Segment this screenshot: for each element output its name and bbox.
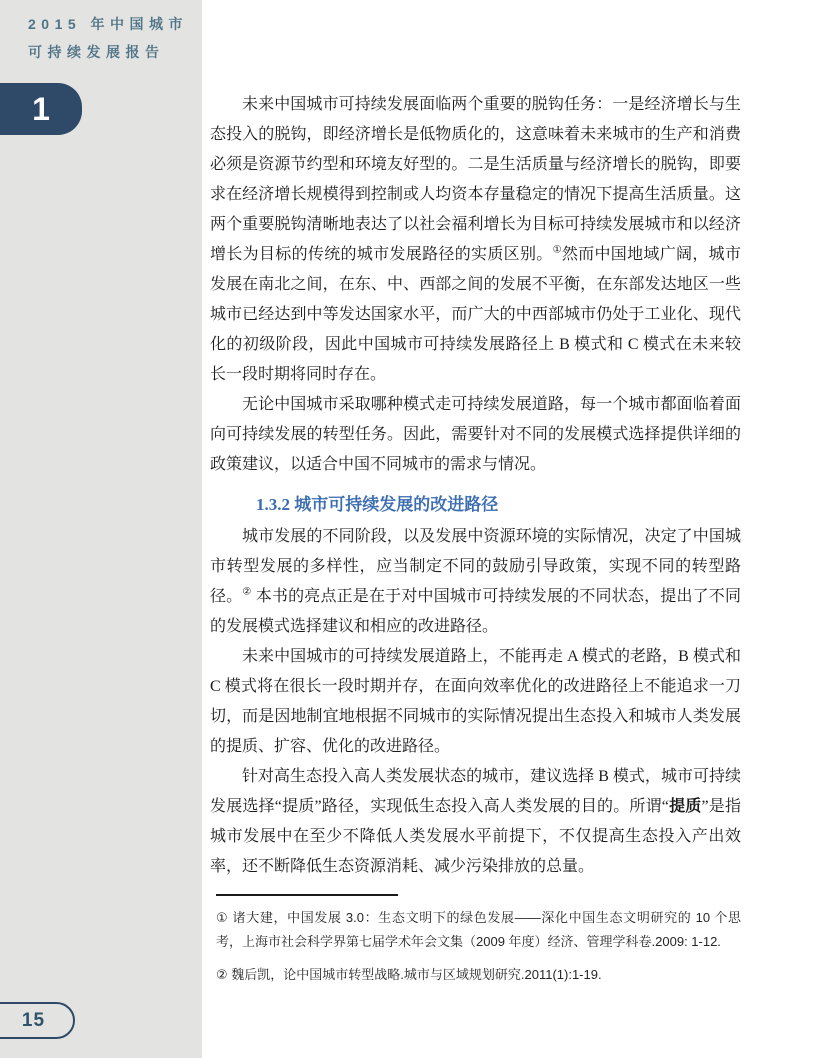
paragraph-text: 本书的亮点正是在于对中国城市可持续发展的不同状态，提出了不同的发展模式选择建议和… <box>210 588 741 635</box>
report-title-line2: 可持续发展报告 <box>28 38 188 66</box>
paragraph-mode-coexistence: 未来中国城市的可持续发展道路上，不能再走 A 模式的老路，B 模式和 C 模式将… <box>210 642 741 762</box>
chapter-number-badge: 1 <box>0 83 82 135</box>
paragraph-development-stages: 城市发展的不同阶段，以及发展中资源环境的实际情况，决定了中国城市转型发展的多样性… <box>210 522 741 642</box>
report-title-line1: 2015 年中国城市 <box>28 10 188 38</box>
page-content: 未来中国城市可持续发展面临两个重要的脱钩任务：一是经济增长与生态投入的脱钩，即经… <box>202 0 813 1058</box>
bold-term-tizhi: 提质 <box>669 798 702 815</box>
sidebar: 2015 年中国城市 可持续发展报告 1 15 <box>0 0 202 1058</box>
footnotes-section: ① 诸大建，中国发展 3.0：生态文明下的绿色发展——深化中国生态文明研究的 1… <box>210 894 741 987</box>
paragraph-text: 针对高生态投入高人类发展状态的城市，建议选择 B 模式，城市可持续发展选择“提质… <box>210 768 741 815</box>
paragraph-decoupling-tasks: 未来中国城市可持续发展面临两个重要的脱钩任务：一是经济增长与生态投入的脱钩，即经… <box>210 90 741 390</box>
section-heading-1-3-2: 1.3.2 城市可持续发展的改进路径 <box>210 490 741 520</box>
report-page: 2015 年中国城市 可持续发展报告 1 15 未来中国城市可持续发展面临两个重… <box>0 0 813 1058</box>
footnote-ref-2: ② <box>242 587 251 598</box>
paragraph-transition-task: 无论中国城市采取哪种模式走可持续发展道路，每一个城市都面临着面向可持续发展的转型… <box>210 390 741 480</box>
page-number: 15 <box>22 1010 45 1032</box>
footnote-1: ① 诸大建，中国发展 3.0：生态文明下的绿色发展——深化中国生态文明研究的 1… <box>216 906 741 954</box>
report-title: 2015 年中国城市 可持续发展报告 <box>28 10 188 66</box>
footnote-ref-1: ① <box>553 245 562 256</box>
paragraph-text: 未来中国城市可持续发展面临两个重要的脱钩任务：一是经济增长与生态投入的脱钩，即经… <box>210 96 741 263</box>
page-number-pill: 15 <box>0 1002 75 1039</box>
paragraph-text: 然而中国地域广阔，城市发展在南北之间，在东、中、西部之间的发展不平衡，在东部发达… <box>210 246 741 383</box>
footnote-separator <box>216 894 398 896</box>
paragraph-quality-improvement: 针对高生态投入高人类发展状态的城市，建议选择 B 模式，城市可持续发展选择“提质… <box>210 762 741 882</box>
footnote-2: ② 魏后凯，论中国城市转型战略.城市与区域规划研究.2011(1):1-19. <box>216 963 741 987</box>
chapter-number: 1 <box>32 91 50 128</box>
